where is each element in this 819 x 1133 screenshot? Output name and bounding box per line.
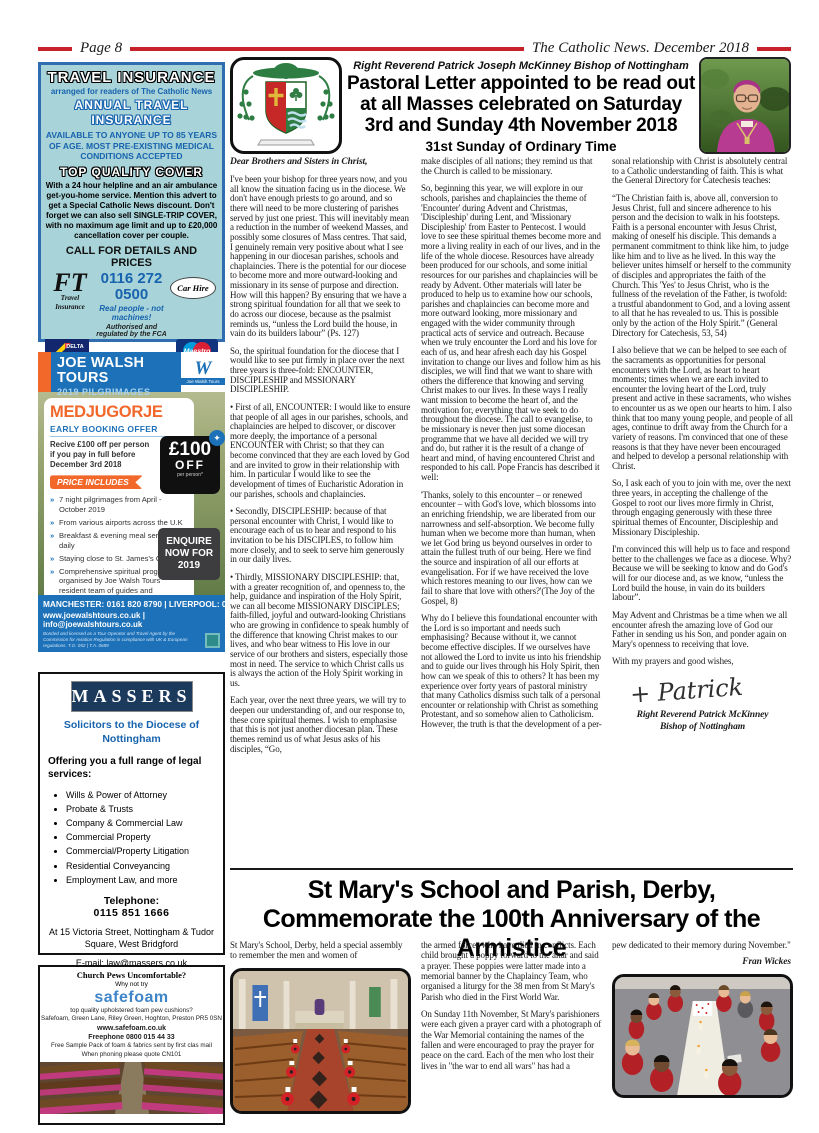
svg-text:DELTA: DELTA	[66, 344, 84, 350]
joewalsh-footer: MANCHESTER: 0161 820 8790 | LIVERPOOL: 0…	[38, 595, 225, 652]
aviation-commission-logo-icon	[205, 633, 220, 648]
travel-ad-phone: 0116 272 0500	[96, 271, 167, 303]
joewalsh-logo: W Joe Walsh Tours	[181, 352, 225, 392]
joewalsh-price-includes-ribbon: PRICE INCLUDES	[50, 475, 143, 489]
bishop-crest	[230, 57, 342, 154]
badge-note: per person*	[160, 472, 220, 478]
travel-ad-contact: 0116 272 0500 Real people - not machines…	[96, 271, 167, 339]
coat-of-arms-icon	[233, 60, 339, 151]
safefoam-ad: Church Pews Uncomfortable? Why not try s…	[38, 965, 225, 1125]
massers-service: Employment Law, and more	[66, 874, 215, 887]
safefoam-phone: Freephone 0800 015 44 33	[40, 1033, 223, 1042]
newspaper-page: Page 8 The Catholic News. December 2018 …	[0, 0, 819, 1133]
massers-service: Commercial Property	[66, 831, 215, 844]
armistice-column-2: the armed forces who have died in confli…	[421, 940, 602, 1130]
pastoral-paragraph: • First of all, ENCOUNTER: I would like …	[230, 403, 411, 499]
pastoral-paragraph: With my prayers and good wishes,	[612, 657, 793, 667]
safefoam-line2: Safefoam, Green Lane, Riley Green, Hoght…	[40, 1015, 223, 1024]
pastoral-paragraph: Why do I believe this foundational encou…	[421, 614, 602, 730]
church-interior-icon	[233, 971, 408, 1111]
pastoral-paragraph: Each year, over the next three years, we…	[230, 696, 411, 754]
safefoam-line3: Free Sample Pack of foam & fabrics sent …	[40, 1042, 223, 1051]
pastoral-subhead: 31st Sunday of Ordinary Time	[346, 139, 696, 154]
church-pews-poppies-photo	[230, 968, 411, 1114]
armistice-paragraph: the armed forces who have died in confli…	[421, 940, 602, 1002]
armistice-column-3: pew dedicated to their memory during Nov…	[612, 940, 793, 1130]
armistice-column-1: St Mary's School, Derby, held a special …	[230, 940, 411, 1130]
travel-ad-right: Car Hire	[167, 271, 219, 299]
joe-walsh-tours-ad: JOE WALSH TOURS 2019 PILGRIMAGES W Joe W…	[38, 352, 225, 652]
pastoral-kicker: Right Reverend Patrick Joseph McKinney B…	[346, 60, 696, 72]
massers-phone-label: Telephone:	[48, 895, 215, 907]
safefoam-line4: When phoning please quote CN101	[40, 1051, 223, 1060]
masthead-rule-left	[38, 47, 72, 51]
ft-logo: FT Travel Insurance	[44, 271, 96, 311]
badge-off: OFF	[160, 459, 220, 472]
pastoral-paragraph: “The Christian faith is, above all, conv…	[612, 194, 793, 338]
joewalsh-offer-text: Recive £100 off per person if you pay in…	[50, 440, 149, 470]
travel-ad-footer: FT Travel Insurance 0116 272 0500 Real p…	[44, 271, 219, 339]
pastoral-header: Right Reverend Patrick Joseph McKinney B…	[346, 60, 696, 154]
masthead: Page 8 The Catholic News. December 2018	[38, 40, 791, 57]
travel-ad-body: With a 24 hour helpline and an air ambul…	[44, 181, 219, 241]
discount-badge: ✦ £100 OFF per person*	[160, 436, 220, 494]
pastoral-paragraph: So, beginning this year, we will explore…	[421, 184, 602, 482]
massers-service: Wills & Power of Attorney	[66, 789, 215, 802]
travel-insurance-ad: TRAVEL INSURANCE arranged for readers of…	[38, 62, 225, 342]
section-divider	[230, 868, 793, 870]
masthead-rule-center	[130, 47, 524, 51]
safefoam-web: www.safefoam.co.uk	[40, 1024, 223, 1033]
pastoral-headline: Pastoral Letter appointed to be read out…	[346, 74, 696, 137]
joewalsh-offer-panel: MEDJUGORJE EARLY BOOKING OFFER Recive £1…	[44, 398, 194, 627]
pastoral-paragraph: 'Thanks, solely to this encounter – or r…	[421, 491, 602, 607]
armistice-body: St Mary's School, Derby, held a special …	[230, 940, 793, 1130]
car-hire-badge: Car Hire	[170, 277, 215, 299]
pastoral-paragraph: So, I ask each of you to join with me, o…	[612, 479, 793, 537]
joewalsh-brand-block: JOE WALSH TOURS 2019 PILGRIMAGES	[51, 352, 181, 392]
page-number: Page 8	[80, 40, 122, 57]
travel-ad-availability: AVAILABLE TO ANYONE UP TO 85 YEARS OF AG…	[44, 130, 219, 162]
joewalsh-destination: MEDJUGORJE	[50, 403, 188, 422]
armistice-paragraph: On Sunday 11th November, St Mary's paris…	[421, 1009, 602, 1071]
bishop-signature: + Patrick	[629, 671, 793, 708]
joewalsh-logo-text: Joe Walsh Tours	[181, 378, 225, 385]
travel-ad-call: CALL FOR DETAILS AND PRICES	[44, 245, 219, 269]
massers-intro: Offering you a full range of legal servi…	[48, 755, 215, 781]
joewalsh-bullet: From various airports across the U.K	[50, 518, 188, 528]
pastoral-paragraph: make disciples of all nations; they remi…	[421, 157, 602, 176]
school-children-photo	[612, 974, 793, 1098]
safefoam-heading: Church Pews Uncomfortable?	[40, 970, 223, 980]
signoff-title: Bishop of Nottingham	[612, 721, 793, 734]
travel-ad-title: TRAVEL INSURANCE	[44, 69, 219, 86]
armistice-paragraph: pew dedicated to their memory during Nov…	[612, 940, 793, 950]
joewalsh-smallprint: Bonded and licensed as a Tour Operator a…	[43, 631, 193, 649]
joewalsh-header: JOE WALSH TOURS 2019 PILGRIMAGES W Joe W…	[38, 352, 225, 392]
safefoam-line1: top quality upholstered foam pew cushion…	[40, 1007, 223, 1016]
massers-service: Residential Conveyancing	[66, 860, 215, 873]
children-circle-icon	[615, 977, 790, 1095]
travel-ad-fca: Authorised and regulated by the FCA	[96, 324, 167, 338]
pastoral-paragraph: May Advent and Christmas be a time when …	[612, 611, 793, 650]
travel-ad-tagline: Real people - not machines!	[96, 304, 167, 322]
massers-logo: MASSERS	[71, 681, 193, 712]
joewalsh-orange-bar	[38, 352, 51, 392]
bishop-portrait-icon	[701, 59, 789, 152]
joewalsh-phones: MANCHESTER: 0161 820 8790 | LIVERPOOL: 0…	[43, 599, 220, 609]
travel-ad-annual: ANNUAL TRAVEL INSURANCE	[44, 98, 219, 128]
pastoral-column-3: sonal relationship with Christ is absolu…	[612, 157, 793, 864]
massers-service: Company & Commercial Law	[66, 817, 215, 830]
pastoral-letter-body: Dear Brothers and Sisters in Christ, I'v…	[230, 157, 793, 864]
joewalsh-brand-sub: 2019 PILGRIMAGES	[57, 387, 175, 397]
massers-services-list: Wills & Power of Attorney Probate & Trus…	[52, 789, 215, 886]
joewalsh-bullet: 7 night pilgrimages from April - October…	[50, 495, 188, 515]
ft-logo-sub1: Travel	[44, 294, 96, 302]
pastoral-column-1: Dear Brothers and Sisters in Christ, I'v…	[230, 157, 411, 864]
pastoral-paragraph: • Secondly, DISCIPLESHIP: because of tha…	[230, 507, 411, 565]
travel-ad-subtitle: arranged for readers of The Catholic New…	[44, 87, 219, 96]
signoff-name: Right Reverend Patrick McKinney	[612, 709, 793, 722]
masthead-rule-right	[757, 47, 791, 51]
joewalsh-web: www.joewalshtours.co.uk | info@joewalsht…	[43, 611, 220, 629]
joewalsh-brand: JOE WALSH TOURS	[57, 356, 175, 386]
byline: Fran Wickes	[612, 957, 791, 968]
ft-logo-sub2: Insurance	[44, 303, 96, 311]
badge-rosette-icon: ✦	[209, 430, 225, 446]
pastoral-paragraph: I've been your bishop for three years no…	[230, 175, 411, 339]
safefoam-sub: Why not try	[40, 981, 223, 988]
pastoral-paragraph: I'm convinced this will help us to face …	[612, 545, 793, 603]
pastoral-paragraph: sonal relationship with Christ is absolu…	[612, 157, 793, 186]
massers-service: Commercial/Property Litigation	[66, 845, 215, 858]
pew-cushions-photo	[40, 1062, 223, 1114]
massers-heading: Solicitors to the Diocese of Nottingham	[48, 719, 215, 746]
massers-ad: MASSERS Solicitors to the Diocese of Not…	[38, 672, 225, 955]
massers-address: At 15 Victoria Street, Nottingham & Tudo…	[48, 926, 215, 950]
enquire-box: ENQUIRE NOW FOR 2019	[158, 528, 220, 580]
publication-title: The Catholic News. December 2018	[532, 40, 749, 57]
massers-phone: 0115 851 1666	[48, 907, 215, 919]
massers-service: Probate & Trusts	[66, 803, 215, 816]
joewalsh-logo-w-icon: W	[195, 359, 212, 378]
armistice-paragraph: St Mary's School, Derby, held a special …	[230, 940, 411, 961]
pastoral-paragraph: So, the spiritual foundation for the dio…	[230, 347, 411, 395]
salutation: Dear Brothers and Sisters in Christ,	[230, 157, 411, 167]
bishop-photo	[699, 57, 791, 154]
safefoam-logo: safefoam	[40, 989, 223, 1007]
travel-ad-quality: TOP QUALITY COVER	[44, 165, 219, 179]
ft-logo-text: FT	[44, 271, 96, 294]
pastoral-paragraph: • Thirdly, MISSIONARY DISCIPLESHIP: that…	[230, 573, 411, 689]
pastoral-paragraph: I also believe that we can be helped to …	[612, 346, 793, 471]
pastoral-column-2: make disciples of all nations; they remi…	[421, 157, 602, 864]
